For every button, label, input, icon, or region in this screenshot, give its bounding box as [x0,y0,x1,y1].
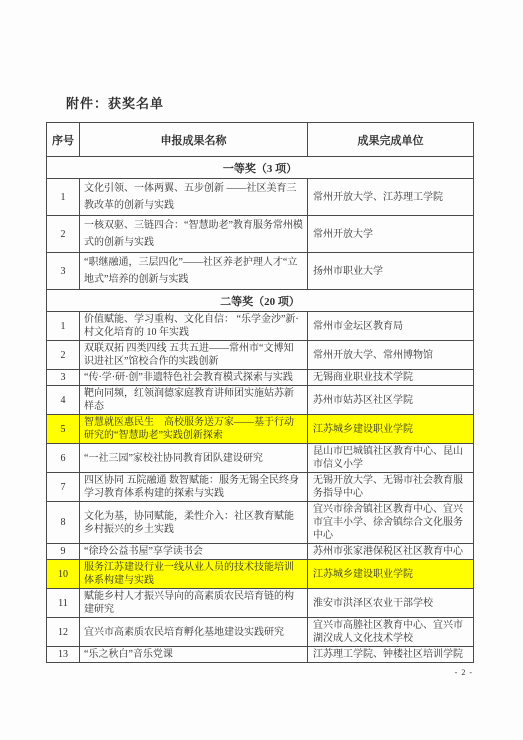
completing-unit-cell: 常州开放大学 [308,216,474,253]
table-row: 3 “传·学·研·创”非遗特色社会教育模式探索与实践 无锡商业职业技术学院 [47,370,474,386]
table-row: 1 价值赋能、学习重构、文化自信： “乐学金沙”新·村文化培育的 10 年实践 … [47,312,474,341]
row-number-cell: 2 [47,216,80,253]
section-title: 二等奖（20 项） [47,290,474,312]
table-row: 6 “一社三园”家校社协同教育团队建设研究 昆山市巴城镇社区教育中心、昆山市信义… [47,444,474,473]
table-row: 13 “乐之秋白”音乐党课 江苏理工学院、钟楼社区培训学院 [47,647,474,663]
completing-unit-cell: 苏州市张家港保税区社区教育中心 [308,544,474,560]
table-row: 2 一核双驱、三链四合：“智慧助老”教育服务常州模式的创新与实践 常州开放大学 [47,216,474,253]
row-number-cell: 3 [47,370,80,386]
completing-unit-cell: 无锡商业职业技术学院 [308,370,474,386]
achievement-name-cell: “职继融通，三层四化”——社区养老护理人才“立地式”培养的创新与实践 [80,253,308,290]
completing-unit-cell: 江苏城乡建设职业学院 [308,415,474,444]
row-number-cell: 6 [47,444,80,473]
section-header-row: 二等奖（20 项） [47,290,474,312]
table-row: 12 宜兴市高素质农民培育孵化基地建设实践研究 宜兴市高塍社区教育中心、宜兴市湖… [47,618,474,647]
table-row: 5 智慧就医惠民生 高校服务送万家——基于行动研究的“智慧助老”实践创新探索 江… [47,415,474,444]
achievement-name-cell: 文化为基，协同赋能，柔性介入：社区教育赋能乡村振兴的乡土实践 [80,502,308,544]
completing-unit-cell: 江苏城乡建设职业学院 [308,560,474,589]
completing-unit-cell: 无锡开放大学、无锡市社会教育服务指导中心 [308,473,474,502]
completing-unit-cell: 宜兴市徐舍镇社区教育中心、宜兴市宜丰小学、徐舍镇综合文化服务中心 [308,502,474,544]
achievement-name-cell: 价值赋能、学习重构、文化自信： “乐学金沙”新·村文化培育的 10 年实践 [80,312,308,341]
achievement-name-cell: “徐玲公益书屋”享学读书会 [80,544,308,560]
column-header-completing-unit: 成果完成单位 [308,123,474,157]
row-number-cell: 4 [47,386,80,415]
document-page: 附件：获奖名单 序号 申报成果名称 成果完成单位 一等奖（3 项） 1 文化引领… [0,0,523,740]
table-row: 3 “职继融通，三层四化”——社区养老护理人才“立地式”培养的创新与实践 扬州市… [47,253,474,290]
achievement-name-cell: 双联双拓 四类四线 五共五进——常州市“文博知识进社区”馆校合作的实践创新 [80,341,308,370]
row-number-cell: 2 [47,341,80,370]
table-row: 8 文化为基，协同赋能，柔性介入：社区教育赋能乡村振兴的乡土实践 宜兴市徐舍镇社… [47,502,474,544]
row-number-cell: 11 [47,589,80,618]
table-row: 11 赋能乡村人才振兴导向的高素质农民培育链的构建研究 淮安市洪泽区农业干部学校 [47,589,474,618]
achievement-name-cell: “一社三园”家校社协同教育团队建设研究 [80,444,308,473]
achievement-name-cell: 一核双驱、三链四合：“智慧助老”教育服务常州模式的创新与实践 [80,216,308,253]
row-number-cell: 5 [47,415,80,444]
achievement-name-cell: 宜兴市高素质农民培育孵化基地建设实践研究 [80,618,308,647]
completing-unit-cell: 江苏理工学院、钟楼社区培训学院 [308,647,474,663]
awards-table: 序号 申报成果名称 成果完成单位 一等奖（3 项） 1 文化引领、一体两翼、五步… [46,122,474,663]
achievement-name-cell: 服务江苏建设行业一线从业人员的技术技能培训体系构建与实践 [80,560,308,589]
completing-unit-cell: 昆山市巴城镇社区教育中心、昆山市信义小学 [308,444,474,473]
section-header-row: 一等奖（3 项） [47,157,474,179]
column-header-number: 序号 [47,123,80,157]
row-number-cell: 9 [47,544,80,560]
table-row: 9 “徐玲公益书屋”享学读书会 苏州市张家港保税区社区教育中心 [47,544,474,560]
row-number-cell: 7 [47,473,80,502]
table-row: 1 文化引领、一体两翼、五步创新 ——社区美育三教改革的创新与实践 常州开放大学… [47,179,474,216]
row-number-cell: 10 [47,560,80,589]
completing-unit-cell: 扬州市职业大学 [308,253,474,290]
row-number-cell: 1 [47,312,80,341]
table-row: 4 靶向同频，红领润德家庭教育讲师团实施姑苏新样态 苏州市姑苏区社区学院 [47,386,474,415]
attachment-title: 附件：获奖名单 [66,93,164,112]
table-row: 10 服务江苏建设行业一线从业人员的技术技能培训体系构建与实践 江苏城乡建设职业… [47,560,474,589]
completing-unit-cell: 常州市金坛区教育局 [308,312,474,341]
row-number-cell: 12 [47,618,80,647]
achievement-name-cell: 四区协同 五院融通 数智赋能：服务无锡全民终身学习教育体系构建的探索与实践 [80,473,308,502]
row-number-cell: 8 [47,502,80,544]
table-row: 7 四区协同 五院融通 数智赋能：服务无锡全民终身学习教育体系构建的探索与实践 … [47,473,474,502]
column-header-achievement-name: 申报成果名称 [80,123,308,157]
row-number-cell: 3 [47,253,80,290]
completing-unit-cell: 常州开放大学、常州博物馆 [308,341,474,370]
achievement-name-cell: 靶向同频，红领润德家庭教育讲师团实施姑苏新样态 [80,386,308,415]
row-number-cell: 13 [47,647,80,663]
achievement-name-cell: 赋能乡村人才振兴导向的高素质农民培育链的构建研究 [80,589,308,618]
table-header-row: 序号 申报成果名称 成果完成单位 [47,123,474,157]
row-number-cell: 1 [47,179,80,216]
achievement-name-cell: 智慧就医惠民生 高校服务送万家——基于行动研究的“智慧助老”实践创新探索 [80,415,308,444]
table-row: 2 双联双拓 四类四线 五共五进——常州市“文博知识进社区”馆校合作的实践创新 … [47,341,474,370]
completing-unit-cell: 淮安市洪泽区农业干部学校 [308,589,474,618]
completing-unit-cell: 宜兴市高塍社区教育中心、宜兴市湖㳇成人文化技术学校 [308,618,474,647]
achievement-name-cell: 文化引领、一体两翼、五步创新 ——社区美育三教改革的创新与实践 [80,179,308,216]
achievement-name-cell: “传·学·研·创”非遗特色社会教育模式探索与实践 [80,370,308,386]
achievement-name-cell: “乐之秋白”音乐党课 [80,647,308,663]
section-title: 一等奖（3 项） [47,157,474,179]
page-number: - 2 - [455,668,473,677]
completing-unit-cell: 苏州市姑苏区社区学院 [308,386,474,415]
completing-unit-cell: 常州开放大学、江苏理工学院 [308,179,474,216]
